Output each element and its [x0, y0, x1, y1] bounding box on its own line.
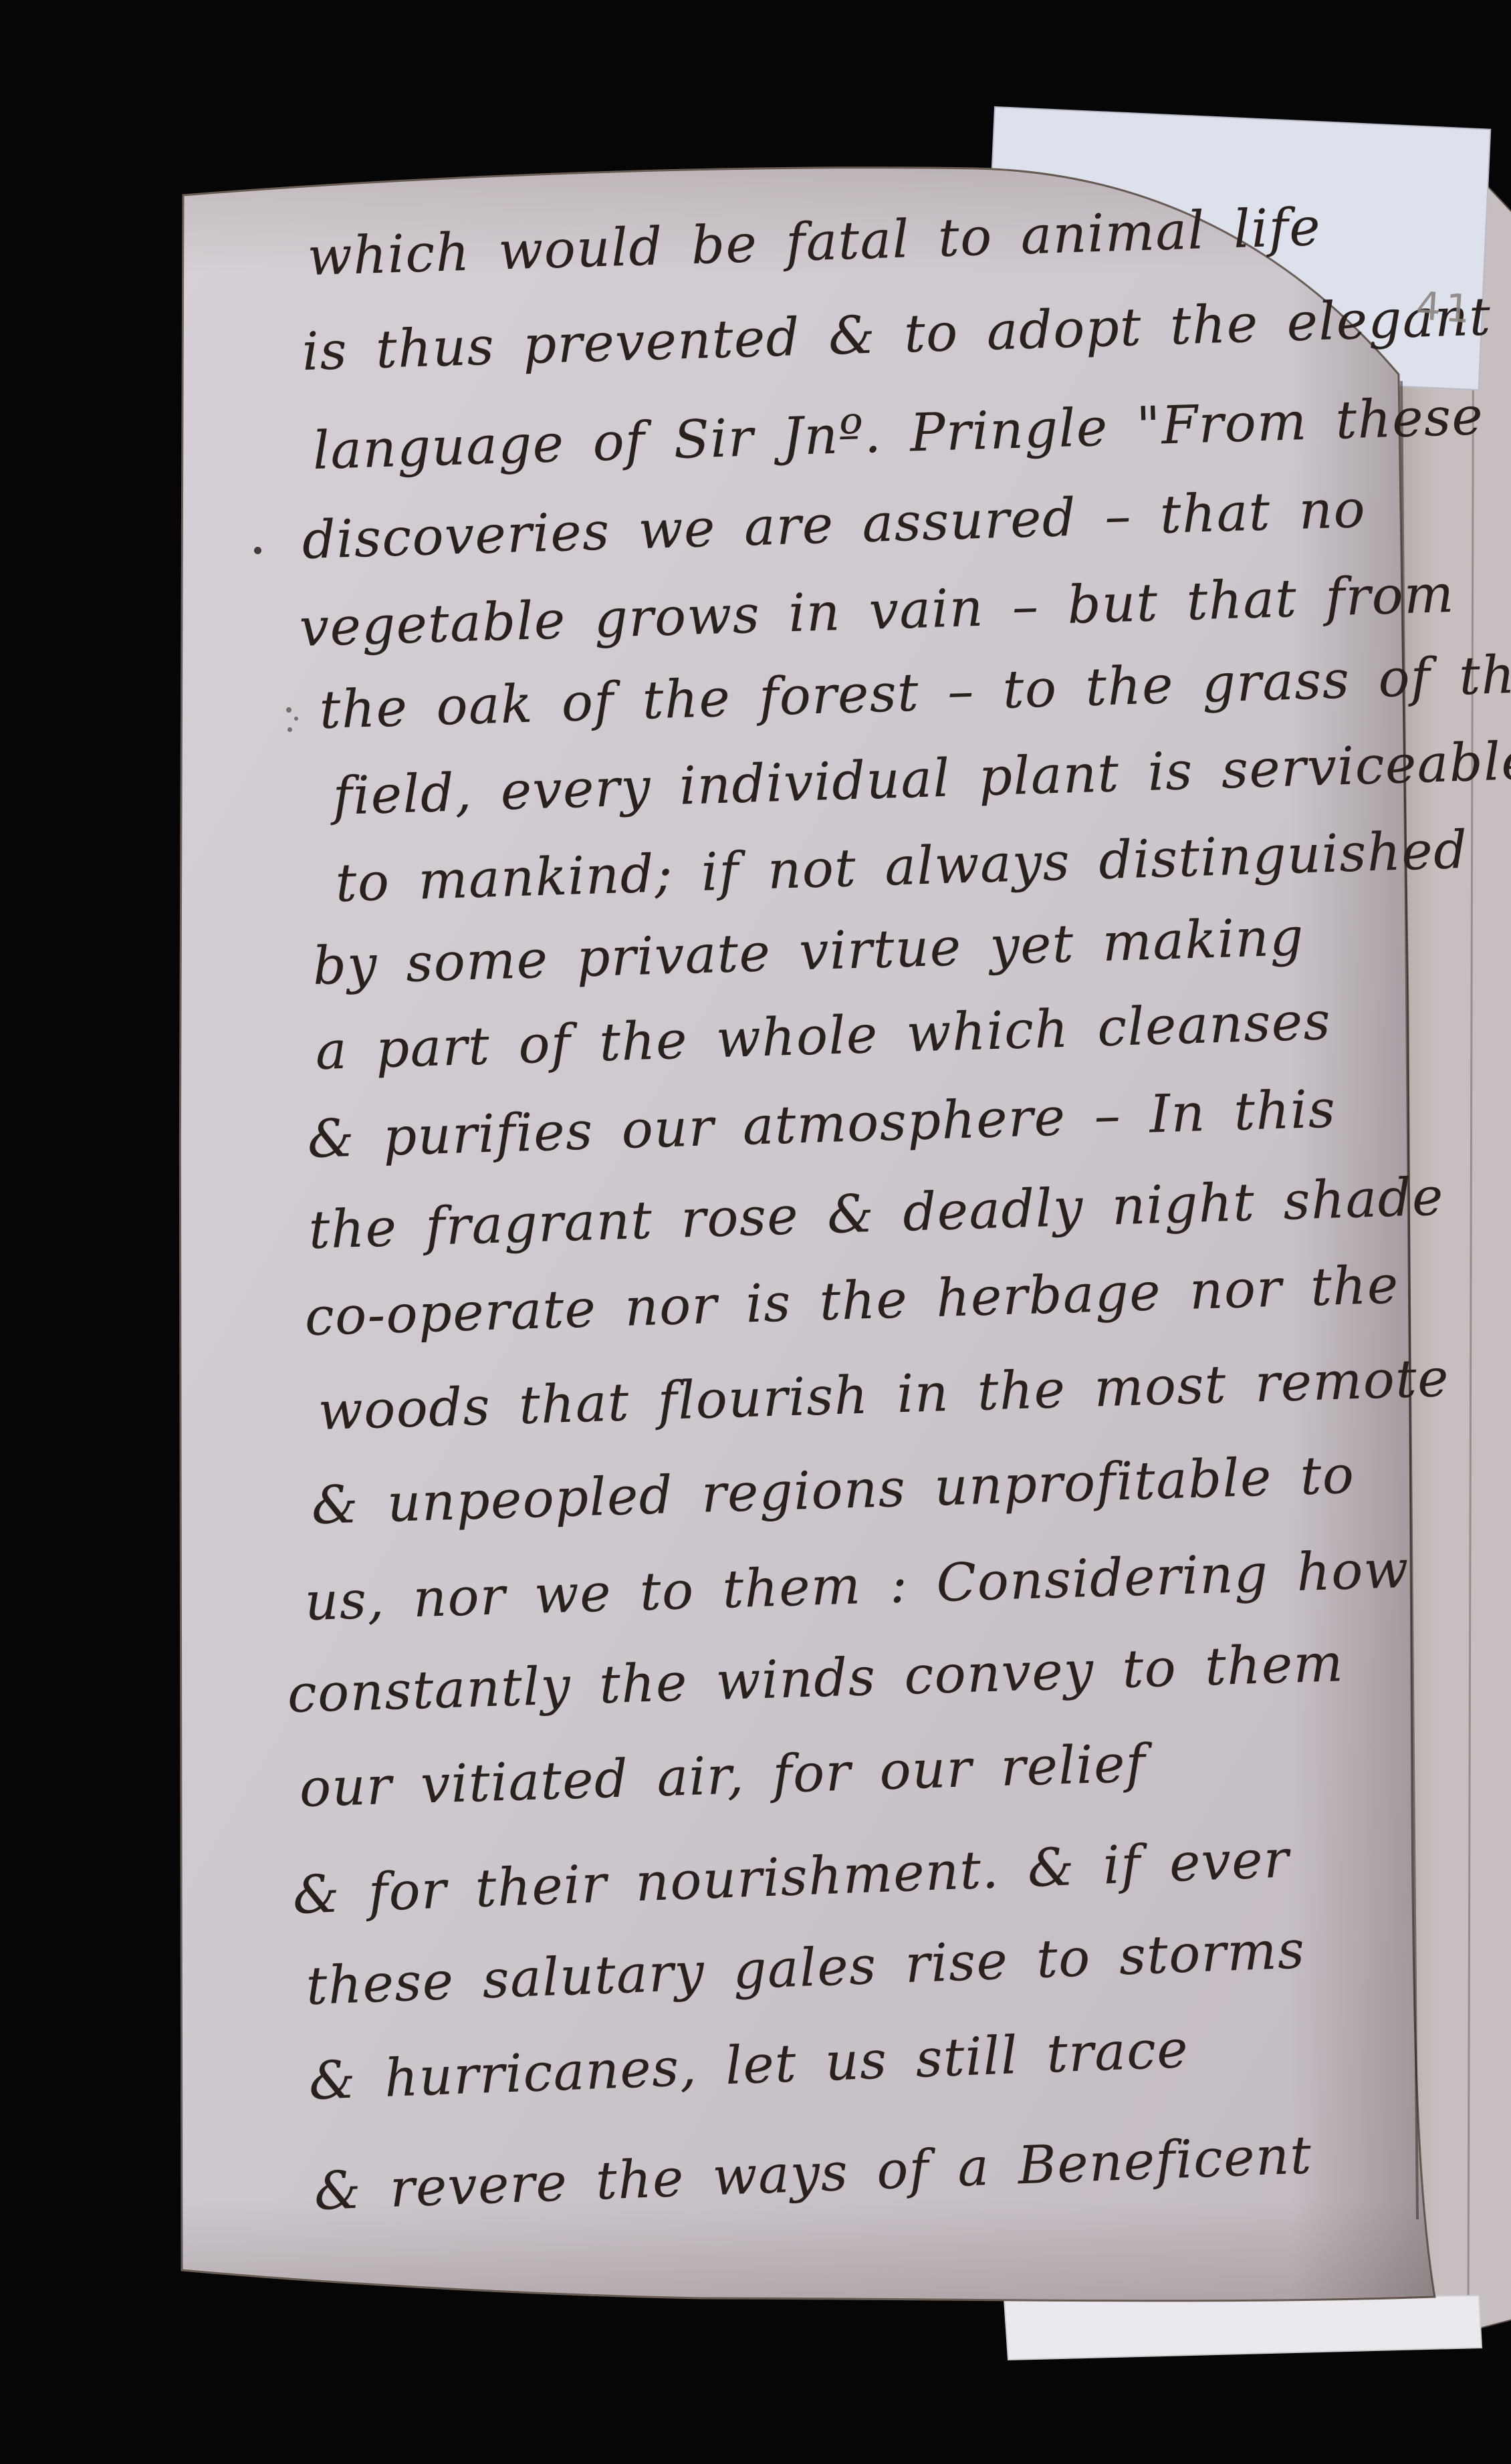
manuscript-line: is thus prevented & to adopt the elegant [302, 291, 1492, 378]
manuscript-line: language of Sir Jnº. Pringle "From these [312, 390, 1484, 477]
manuscript-line: a part of the whole which cleanses [315, 995, 1332, 1078]
ink-dot-margin-mark [254, 547, 261, 554]
ink-specks-margin-mark [285, 706, 305, 737]
manuscript-line: the fragrant rose & deadly night shade [308, 1171, 1445, 1257]
manuscript-line: & revere the ways of a Beneficent [314, 2129, 1313, 2218]
manuscript-line: & for their nourishment. & if ever [292, 1833, 1290, 1922]
manuscript-line: discoveries we are assured – that no [302, 483, 1367, 567]
folio-number: 41 [1415, 283, 1476, 332]
manuscript-line: & hurricanes, let us still trace [308, 2023, 1190, 2108]
manuscript-line: these salutary gales rise to storms [306, 1924, 1306, 2013]
manuscript-line: our vitiated air, for our relief [299, 1737, 1147, 1815]
manuscript-line: by some private virtue yet making [312, 911, 1305, 993]
manuscript-line: & purifies our atmosphere – In this [307, 1083, 1336, 1166]
manuscript-line: field, every individual plant is service… [332, 735, 1511, 823]
manuscript-text: which would be fatal to animal lifeis th… [0, 0, 1511, 2464]
manuscript-line: us, nor we to them : Considering how [304, 1544, 1410, 1628]
manuscript-line: the oak of the forest – to the grass of … [319, 648, 1511, 737]
manuscript-line: which would be fatal to animal life [307, 201, 1322, 283]
photographed-manuscript-scene: which would be fatal to animal lifeis th… [0, 0, 1511, 2464]
manuscript-line: woods that flourish in the most remote [318, 1352, 1450, 1438]
manuscript-line: & unpeopled regions unprofitable to [311, 1449, 1355, 1532]
manuscript-line: co-operate nor is the herbage nor the [304, 1259, 1400, 1344]
manuscript-line: to mankind; if not always distinguished [335, 824, 1469, 910]
manuscript-line: vegetable grows in vain – but that from [299, 568, 1456, 654]
manuscript-line: constantly the winds convey to them [287, 1637, 1345, 1721]
